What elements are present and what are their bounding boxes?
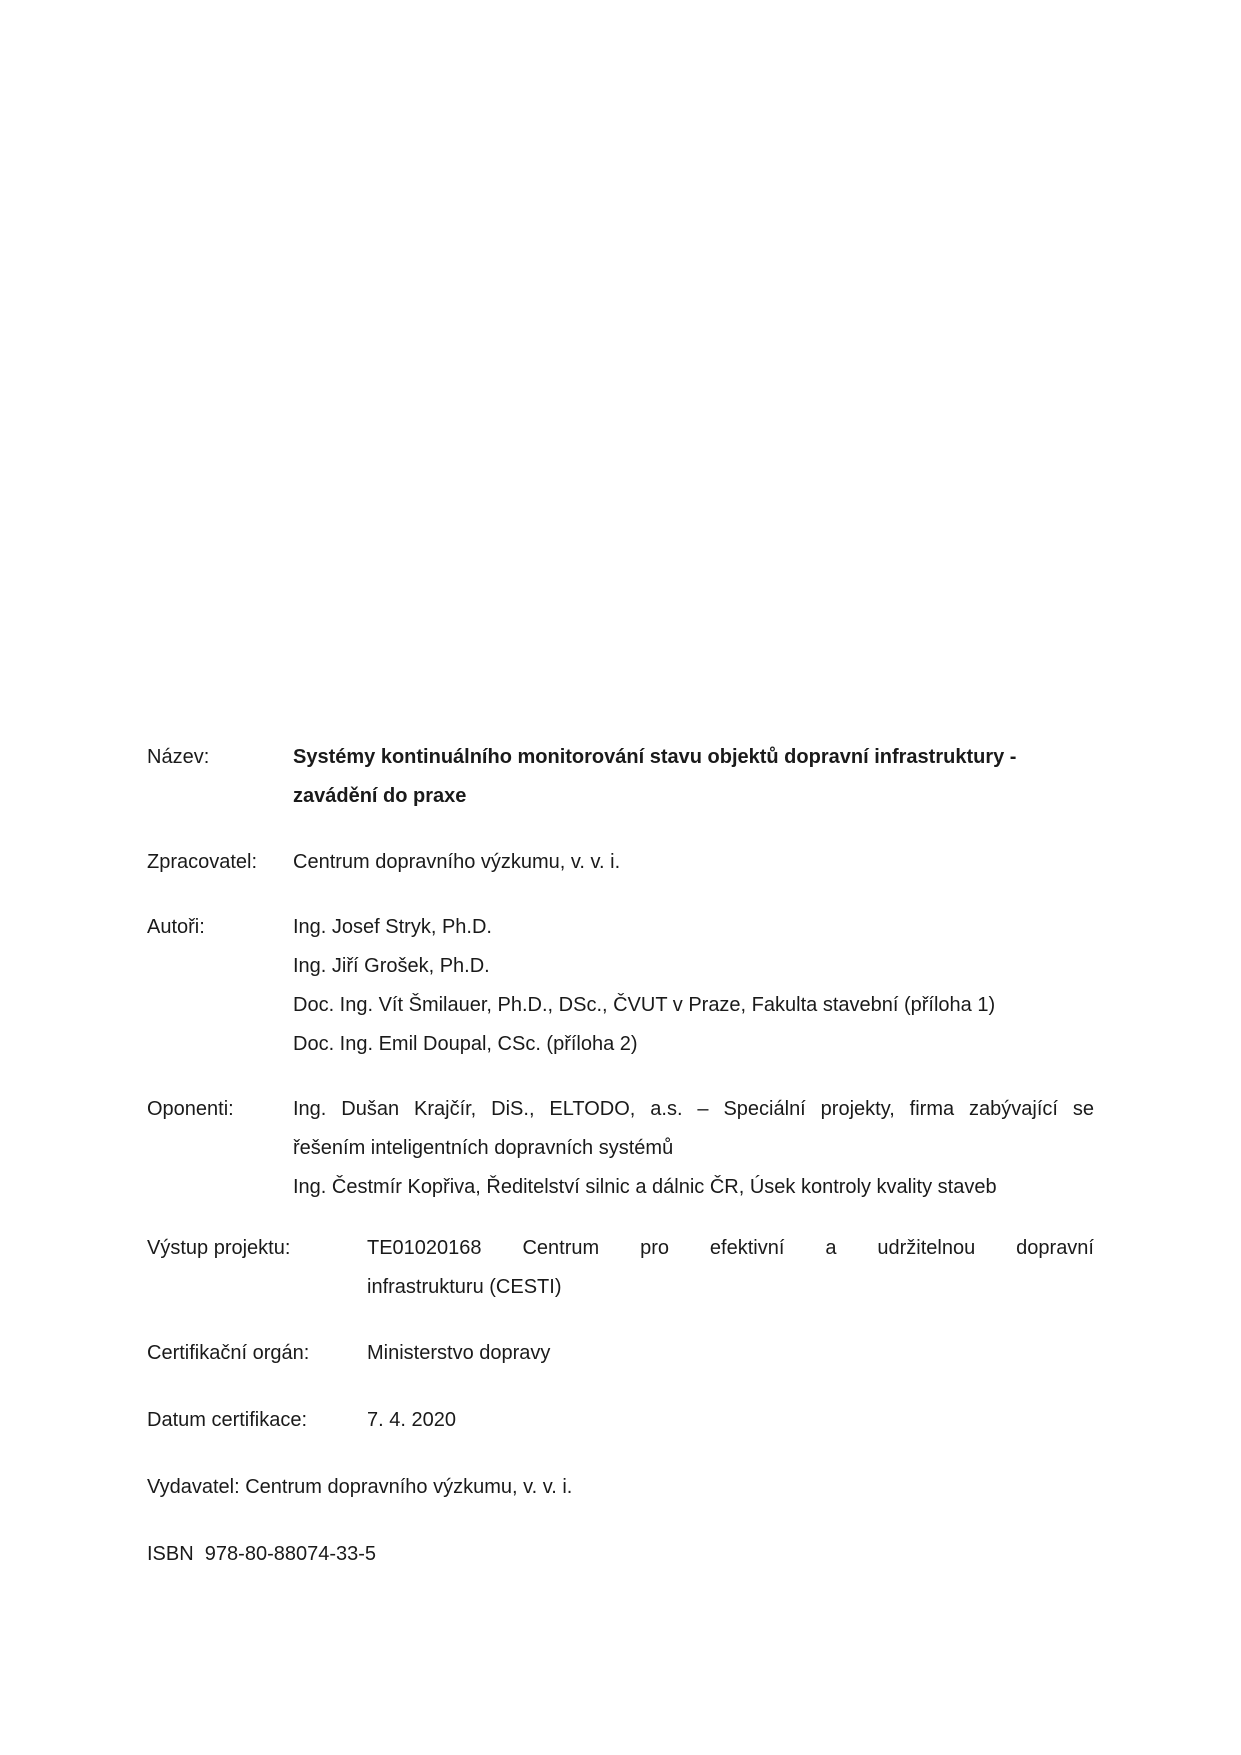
certifikacni-organ-label: Certifikační orgán: [147, 1334, 309, 1373]
vystup-projektu-line-2: infrastrukturu (CESTI) [367, 1268, 1094, 1307]
document-title: Systémy kontinuálního monitorování stavu… [293, 738, 1094, 816]
author-item: Ing. Jiří Grošek, Ph.D. [293, 947, 1094, 986]
datum-certifikace-value: 7. 4. 2020 [367, 1401, 1094, 1440]
author-item: Doc. Ing. Emil Doupal, CSc. (příloha 2) [293, 1025, 1094, 1064]
zpracovatel-value: Centrum dopravního výzkumu, v. v. i. [293, 843, 1094, 882]
datum-certifikace-text: 7. 4. 2020 [367, 1401, 1094, 1440]
reviewer-item-line: Ing. Čestmír Kopřiva, Ředitelství silnic… [293, 1168, 1094, 1207]
vystup-projektu-value: TE01020168 Centrum pro efektivní a udrži… [367, 1229, 1094, 1307]
datum-certifikace-label: Datum certifikace: [147, 1401, 307, 1440]
vystup-projektu-label: Výstup projektu: [147, 1229, 290, 1268]
document-page: Název: Systémy kontinuálního monitorován… [0, 0, 1241, 1755]
reviewer-item-line: Ing. Dušan Krajčír, DiS., ELTODO, a.s. –… [293, 1090, 1094, 1129]
autori-label: Autoři: [147, 908, 205, 947]
certifikacni-organ-text: Ministerstvo dopravy [367, 1334, 1094, 1373]
zpracovatel-text: Centrum dopravního výzkumu, v. v. i. [293, 843, 1094, 882]
nazev-label: Název: [147, 738, 209, 777]
reviewers-list: Ing. Dušan Krajčír, DiS., ELTODO, a.s. –… [293, 1090, 1094, 1207]
author-item: Ing. Josef Stryk, Ph.D. [293, 908, 1094, 947]
vydavatel-text: Vydavatel: Centrum dopravního výzkumu, v… [147, 1468, 572, 1507]
authors-list: Ing. Josef Stryk, Ph.D. Ing. Jiří Grošek… [293, 908, 1094, 1064]
reviewer-item-line: řešením inteligentních dopravních systém… [293, 1129, 1094, 1168]
author-item: Doc. Ing. Vít Šmilauer, Ph.D., DSc., ČVU… [293, 986, 1094, 1025]
document-title-line-2: zavádění do praxe [293, 777, 1094, 816]
isbn-text: ISBN 978-80-88074-33-5 [147, 1535, 376, 1574]
zpracovatel-label: Zpracovatel: [147, 843, 257, 882]
oponenti-label: Oponenti: [147, 1090, 234, 1129]
certifikacni-organ-value: Ministerstvo dopravy [367, 1334, 1094, 1373]
vystup-projektu-line-1: TE01020168 Centrum pro efektivní a udrži… [367, 1229, 1094, 1268]
document-title-line-1: Systémy kontinuálního monitorování stavu… [293, 738, 1094, 777]
